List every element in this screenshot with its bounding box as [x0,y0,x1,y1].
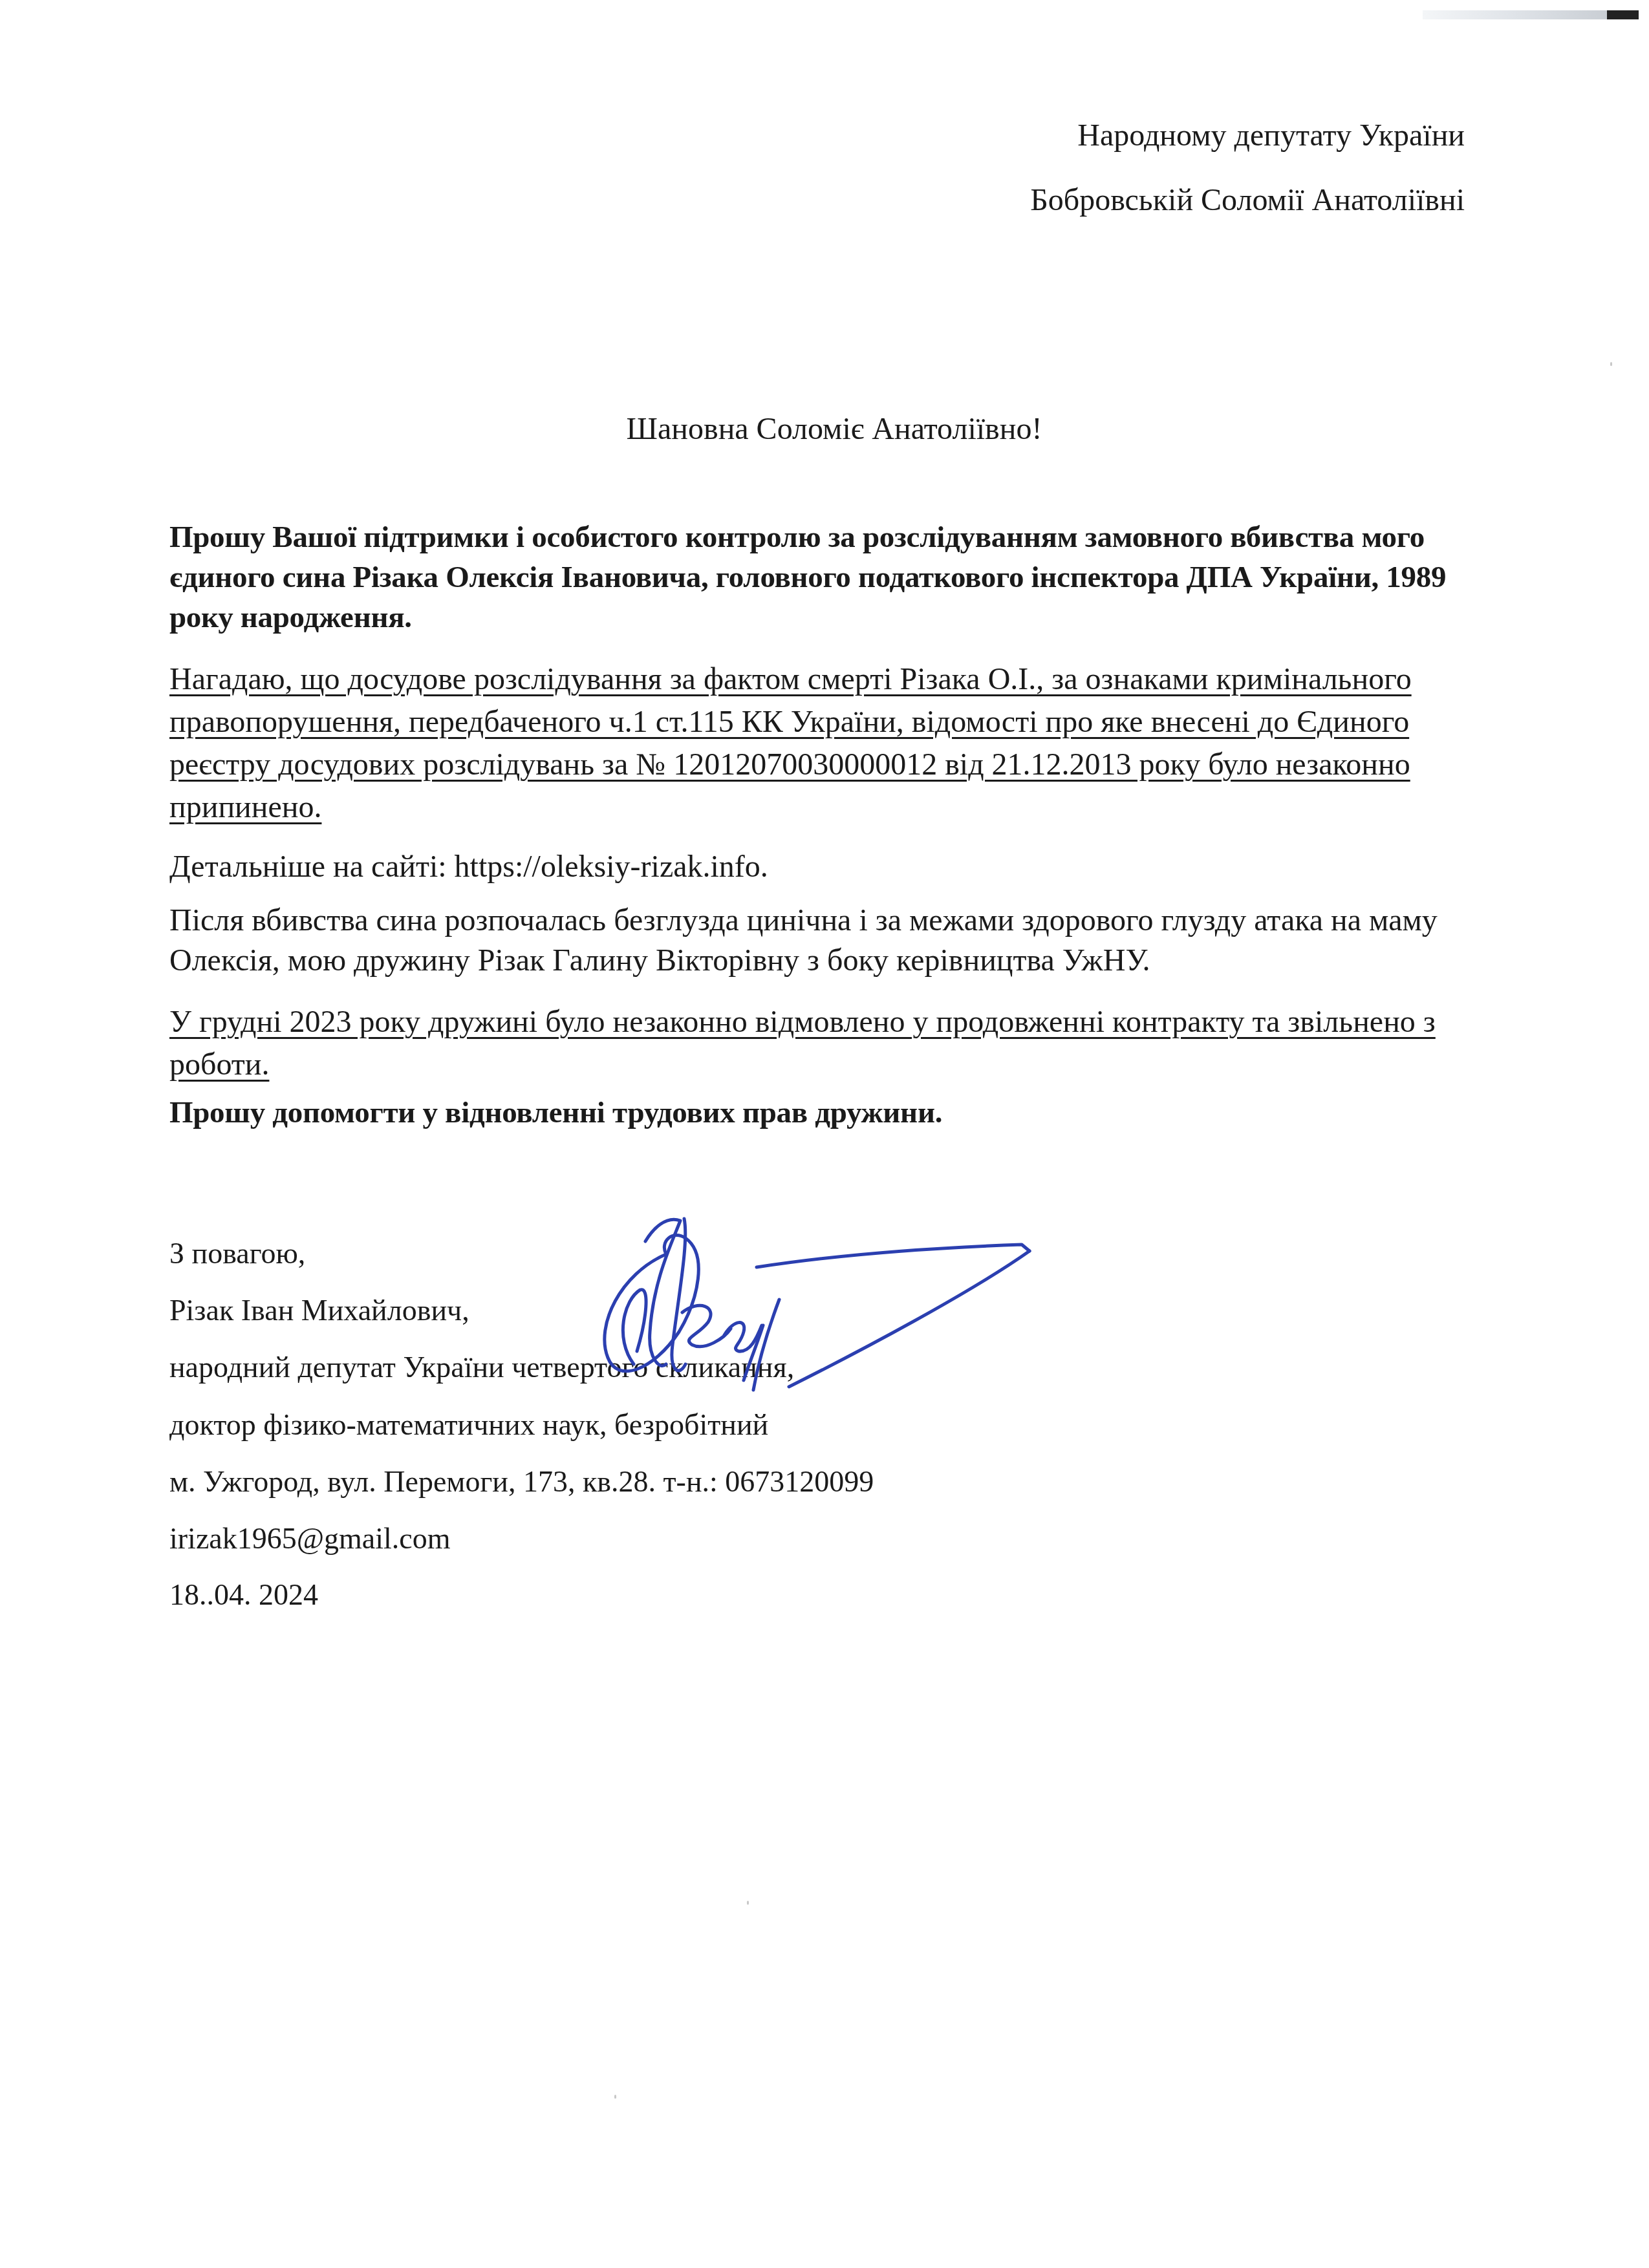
addressee-name: Бобровській Соломії Анатоліївні [1030,168,1465,233]
request-support-paragraph: Прошу Вашої підтримки і особистого контр… [169,517,1482,637]
sender-degree: доктор фізико-математичних наук, безробі… [169,1407,768,1442]
handwritten-signature-icon [569,1203,1086,1396]
attack-paragraph: Після вбивства сина розпочалась безглузд… [169,901,1482,981]
scan-corner-mark [1607,10,1639,19]
sender-address: м. Ужгород, вул. Перемоги, 173, кв.28. т… [169,1464,874,1499]
reminder-paragraph: Нагадаю, що досудове розслідування за фа… [169,658,1482,829]
scan-speck [1610,362,1612,366]
sender-name: Різак Іван Михайлович, [169,1293,469,1327]
scan-edge-artifact [1423,10,1607,19]
addressee-title: Народному депутату України [1030,103,1465,168]
scan-speck [614,2095,616,2099]
addressee-block: Народному депутату України Бобровській С… [1030,103,1465,233]
letter-date: 18..04. 2024 [169,1578,318,1612]
details-paragraph: Детальніше на сайті: https://oleksiy-riz… [169,847,1482,887]
request-help-paragraph: Прошу допомогти у відновленні трудових п… [169,1093,1482,1133]
salutation: Шановна Соломіє Анатоліївно! [0,411,1649,447]
scan-speck [747,1901,749,1905]
dismissal-paragraph: У грудні 2023 року дружині було незаконн… [169,1001,1482,1086]
sender-email: irizak1965@gmail.com [169,1521,451,1556]
closing-phrase: З повагою, [169,1236,305,1270]
